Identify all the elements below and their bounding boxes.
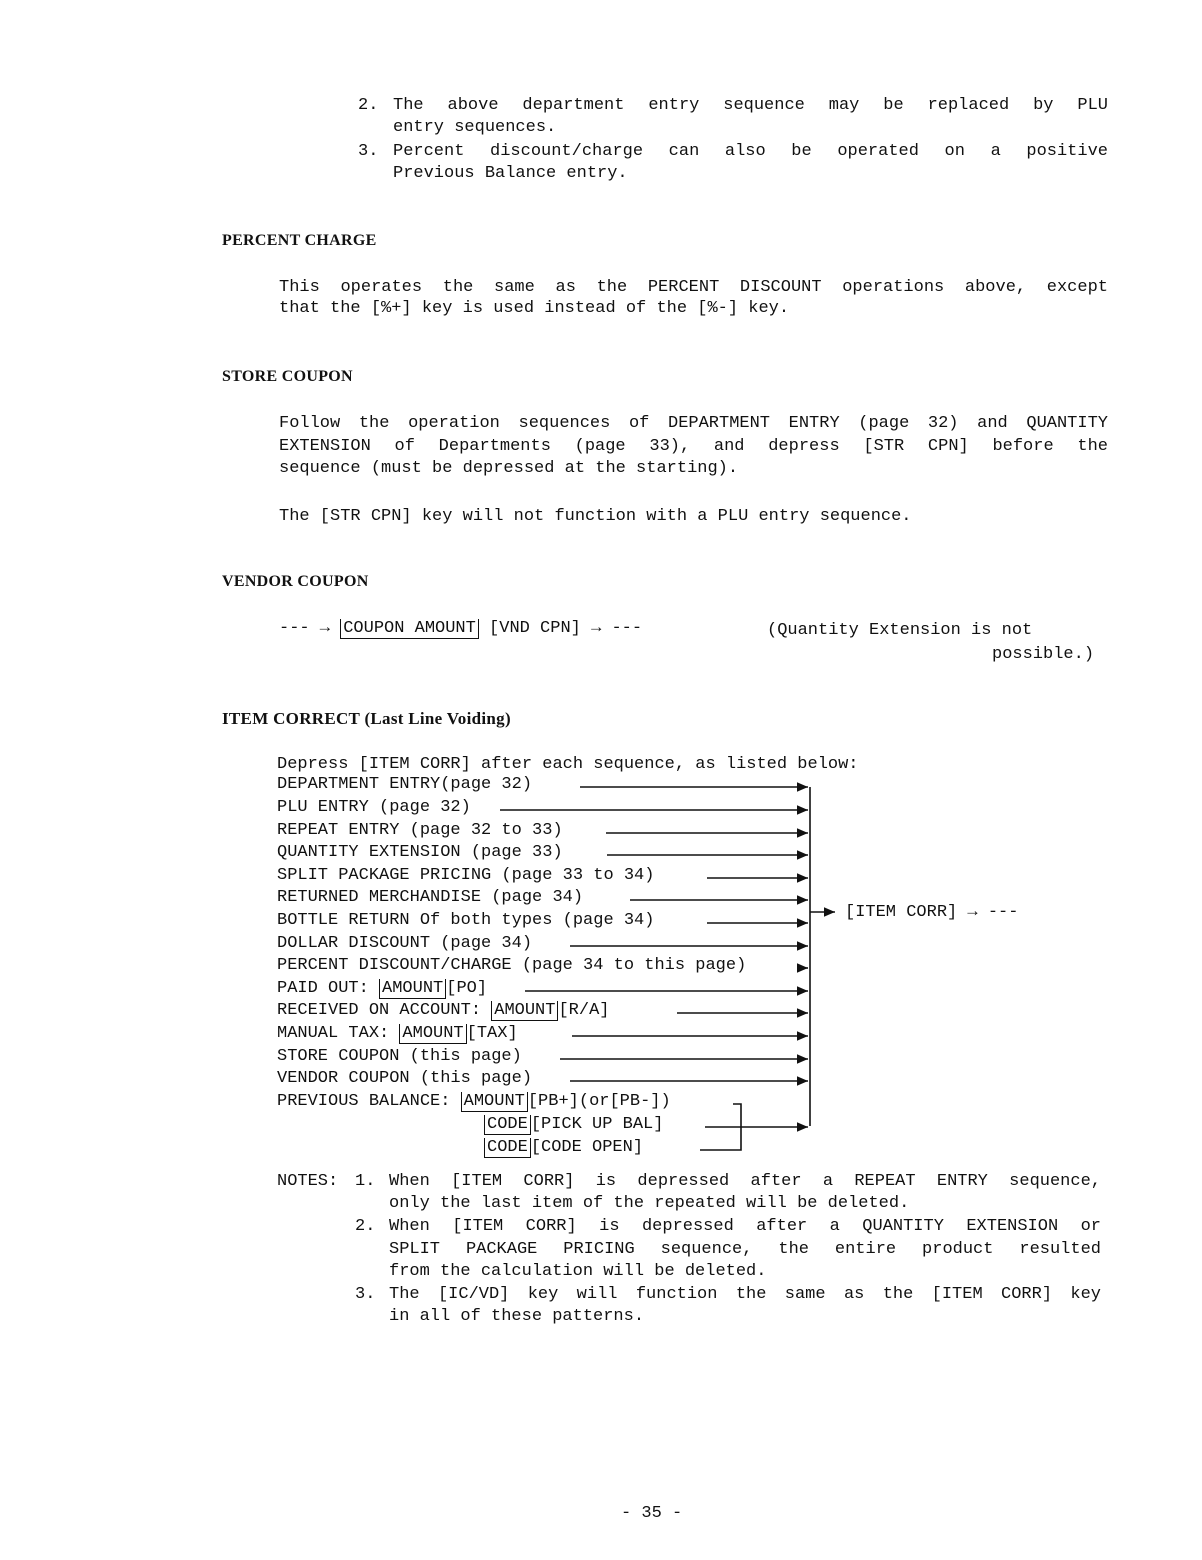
note-2-line1: When [ITEM CORR] is depressed after a QU… [389, 1217, 1101, 1236]
note-3-number: 3. [355, 1285, 375, 1304]
note-2-line2: SPLIT PACKAGE PRICING sequence, the enti… [389, 1240, 1101, 1259]
page-number: - 35 - [621, 1504, 682, 1523]
item-correct-flow-diagram [0, 0, 1202, 1560]
notes-label: NOTES: [277, 1172, 338, 1191]
note-3-line1: The [IC/VD] key will function the same a… [389, 1285, 1101, 1304]
note-1-line2: only the last item of the repeated will … [389, 1194, 909, 1213]
note-1-line1: When [ITEM CORR] is depressed after a RE… [389, 1172, 1101, 1191]
item-corr-result: [ITEM CORR] → --- [845, 903, 1018, 922]
note-3-line2: in all of these patterns. [389, 1307, 644, 1326]
note-2-line3: from the calculation will be deleted. [389, 1262, 766, 1281]
note-2-number: 2. [355, 1217, 375, 1236]
note-1-number: 1. [355, 1172, 375, 1191]
